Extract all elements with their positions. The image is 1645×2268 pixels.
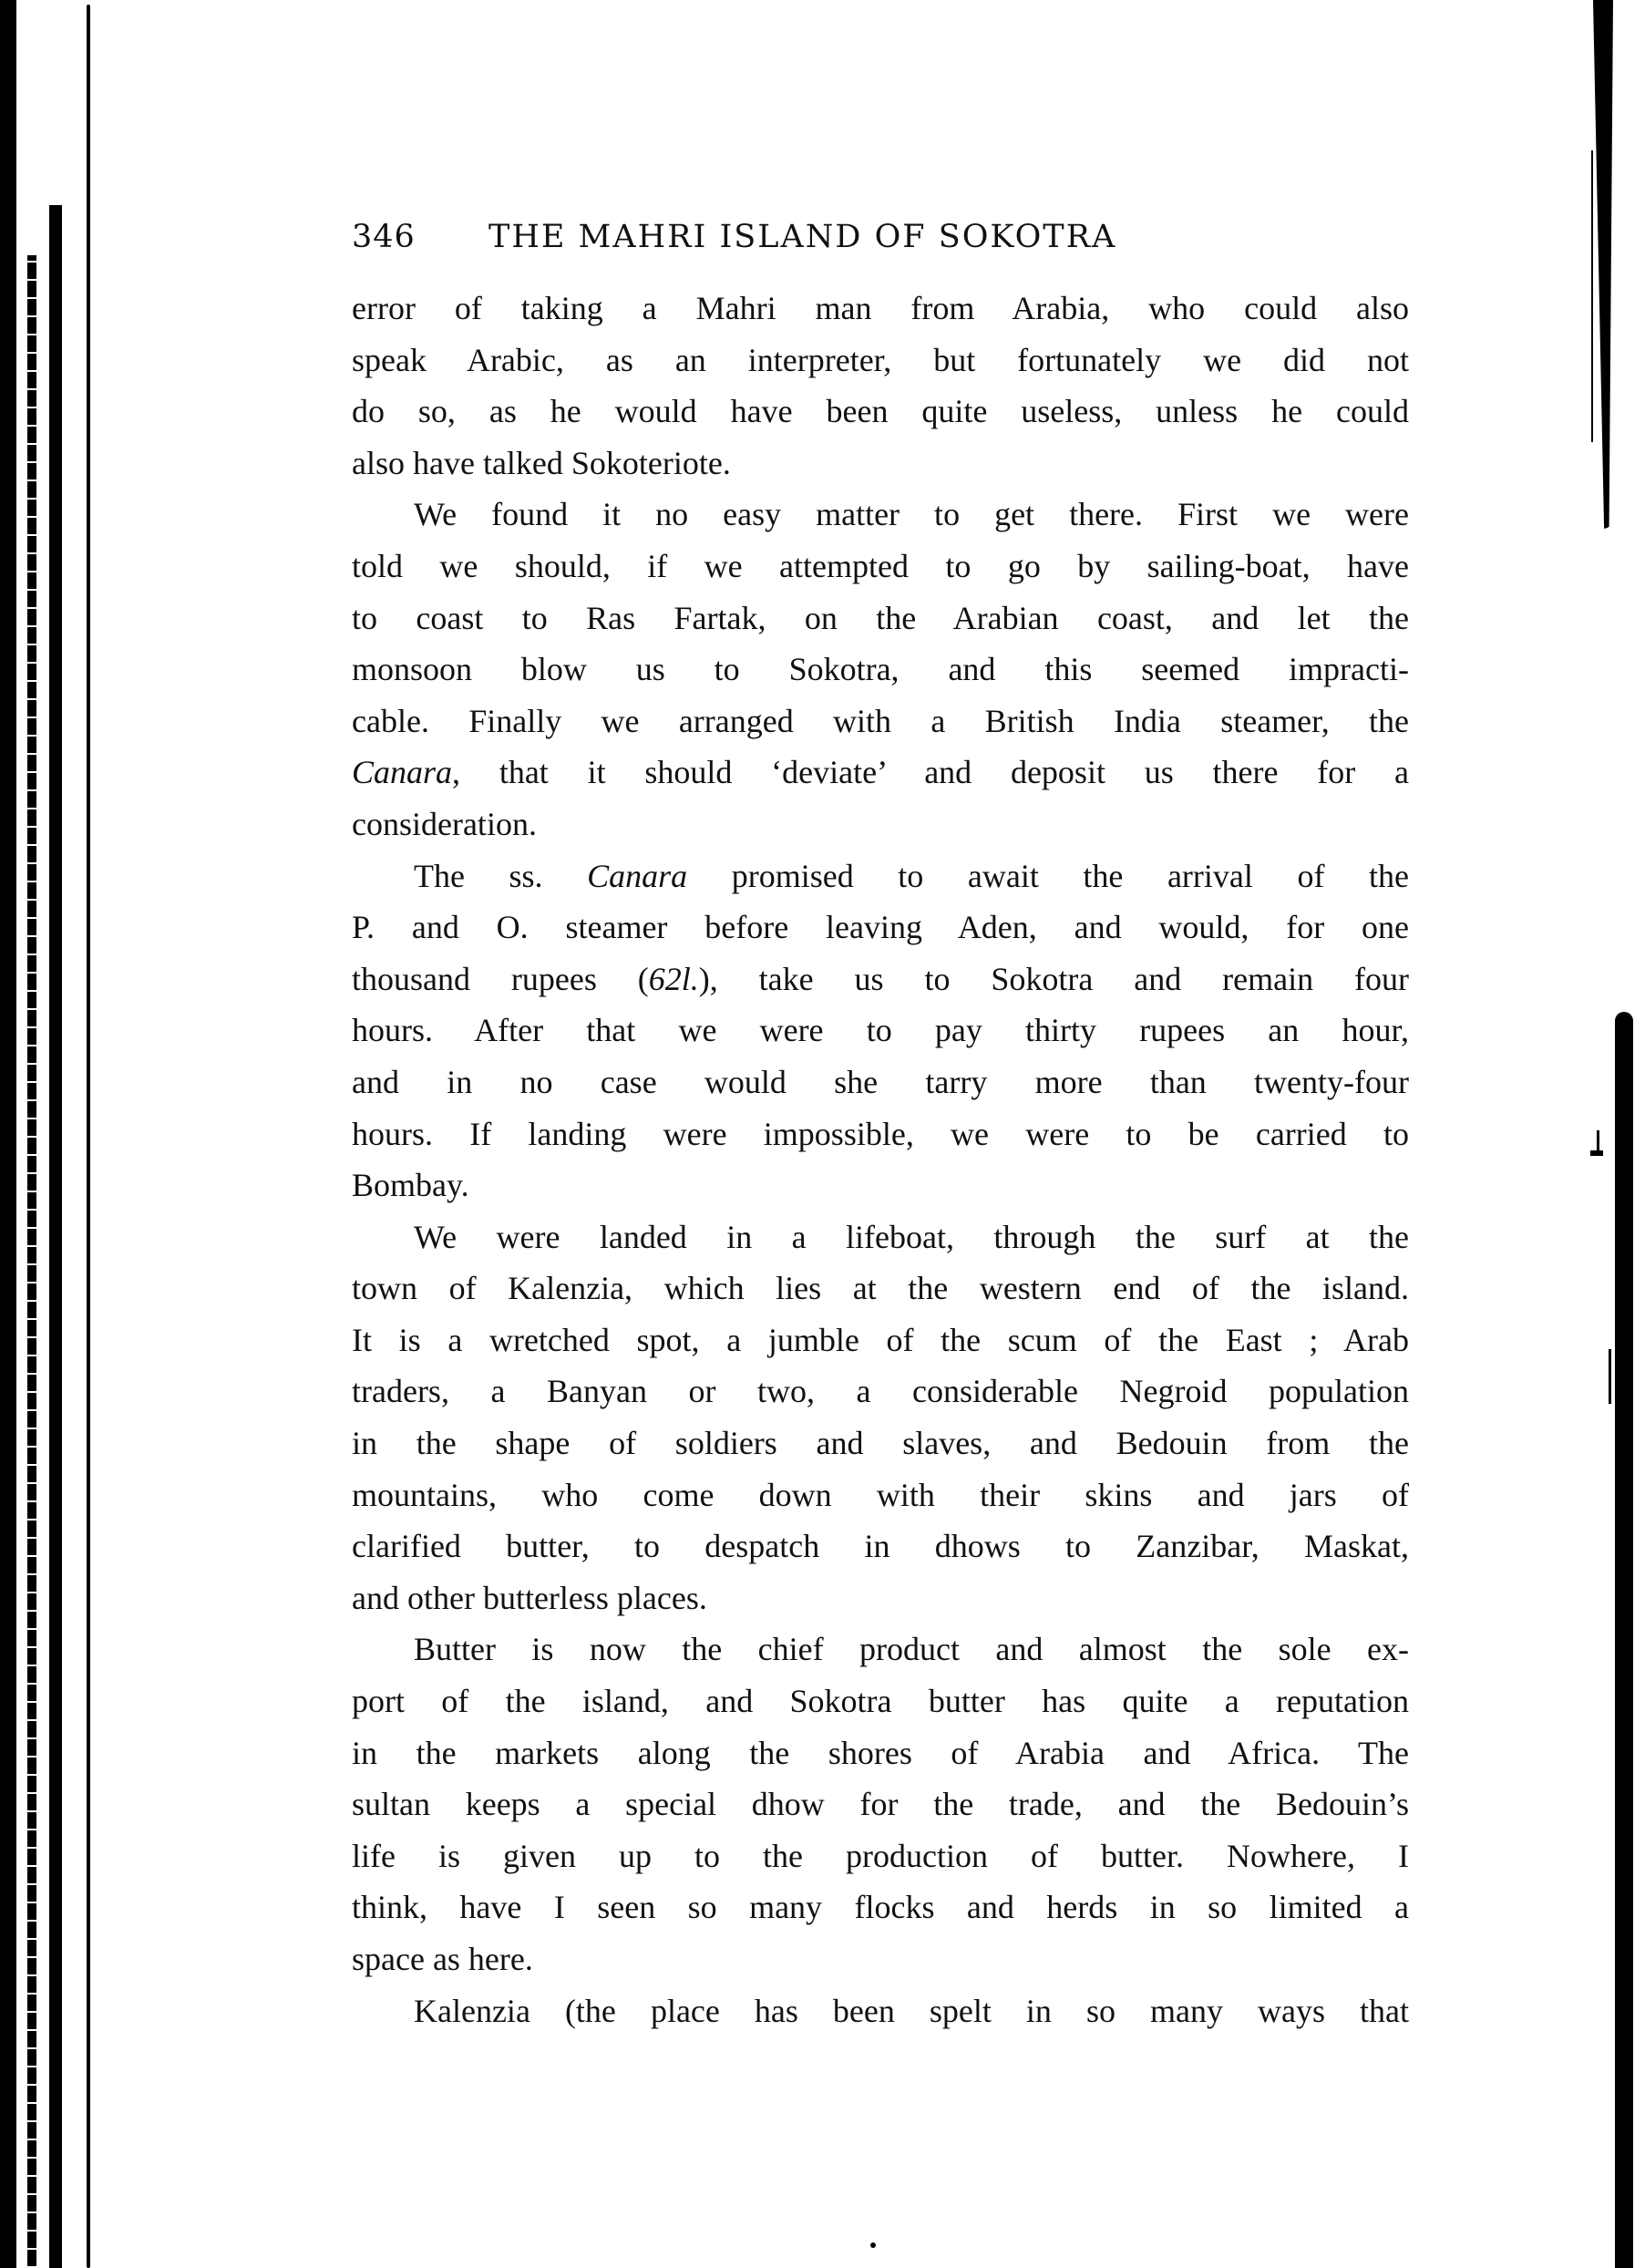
text-line: mountains, who come down with their skin…	[352, 1469, 1409, 1521]
text-line: hours. After that we were to pay thirty …	[352, 1005, 1409, 1057]
text-line: and in no case would she tarry more than…	[352, 1057, 1409, 1108]
scan-speck	[1597, 1130, 1599, 1150]
text-line: to coast to Ras Fartak, on the Arabian c…	[352, 593, 1409, 644]
text-line: consideration.	[352, 799, 1409, 850]
text-line: sultan keeps a special dhow for the trad…	[352, 1778, 1409, 1830]
paragraph: We were landed in a lifeboat, through th…	[352, 1211, 1409, 1624]
text-line: We were landed in a lifeboat, through th…	[352, 1211, 1409, 1263]
text-line: Butter is now the chief product and almo…	[352, 1624, 1409, 1675]
scan-edge-right-bottom	[1615, 1012, 1633, 2268]
text-line: Canara, that it should ‘deviate’ and dep…	[352, 747, 1409, 799]
text-line: traders, a Banyan or two, a considerable…	[352, 1366, 1409, 1417]
italic-term: 62l.	[649, 961, 699, 997]
scan-edge-left-inner-2	[49, 205, 62, 2268]
page-number: 346	[352, 219, 488, 255]
text-line: monsoon blow us to Sokotra, and this see…	[352, 644, 1409, 696]
text-line: P. and O. steamer before leaving Aden, a…	[352, 902, 1409, 954]
running-head: 346 THE MAHRI ISLAND OF SOKOTRA	[352, 219, 1409, 273]
text-line: Bombay.	[352, 1160, 1409, 1211]
scan-page-edge-line	[87, 5, 90, 2268]
text-line: It is a wretched spot, a jumble of the s…	[352, 1314, 1409, 1366]
text-line: Kalenzia (the place has been spelt in so…	[352, 1985, 1409, 2037]
scan-edge-left	[0, 0, 16, 2268]
paragraph: Kalenzia (the place has been spelt in so…	[352, 1985, 1409, 2037]
scan-edge-right-line	[1591, 150, 1593, 442]
text-line: also have talked Sokoteriote.	[352, 438, 1409, 490]
running-title: THE MAHRI ISLAND OF SOKOTRA	[488, 219, 1116, 255]
text-line: clarified butter, to despatch in dhows t…	[352, 1521, 1409, 1572]
scan-speck	[1609, 1349, 1611, 1404]
paragraph: Butter is now the chief product and almo…	[352, 1624, 1409, 1984]
paragraph: error of taking a Mahri man from Arabia,…	[352, 283, 1409, 489]
text-line: town of Kalenzia, which lies at the west…	[352, 1263, 1409, 1314]
scan-speck	[870, 2242, 876, 2248]
text-line: in the markets along the shores of Arabi…	[352, 1727, 1409, 1779]
book-page: 346 THE MAHRI ISLAND OF SOKOTRA error of…	[352, 219, 1409, 2036]
text-line: do so, as he would have been quite usele…	[352, 386, 1409, 438]
paragraph: We found it no easy matter to get there.…	[352, 489, 1409, 850]
body-text: error of taking a Mahri man from Arabia,…	[352, 283, 1409, 2036]
italic-term: Canara	[587, 858, 687, 894]
italic-term: Canara	[352, 754, 452, 790]
scan-edge-left-inner	[27, 255, 36, 2268]
text-line: error of taking a Mahri man from Arabia,…	[352, 283, 1409, 335]
text-line: think, have I seen so many flocks and he…	[352, 1881, 1409, 1933]
scan-speck	[1590, 1150, 1603, 1156]
scan-edge-right-top	[1593, 0, 1613, 529]
text-line: life is given up to the production of bu…	[352, 1830, 1409, 1882]
text-line: We found it no easy matter to get there.…	[352, 489, 1409, 541]
text-line: speak Arabic, as an interpreter, but for…	[352, 335, 1409, 387]
text-line: The ss. Canara promised to await the arr…	[352, 850, 1409, 902]
paragraph: The ss. Canara promised to await the arr…	[352, 850, 1409, 1211]
text-line: cable. Finally we arranged with a Britis…	[352, 696, 1409, 747]
text-line: told we should, if we attempted to go by…	[352, 541, 1409, 593]
text-line: in the shape of soldiers and slaves, and…	[352, 1417, 1409, 1469]
text-line: thousand rupees (62l.), take us to Sokot…	[352, 954, 1409, 1005]
text-line: hours. If landing were impossible, we we…	[352, 1108, 1409, 1160]
text-line: and other butterless places.	[352, 1572, 1409, 1624]
text-line: port of the island, and Sokotra butter h…	[352, 1675, 1409, 1727]
text-line: space as here.	[352, 1933, 1409, 1985]
